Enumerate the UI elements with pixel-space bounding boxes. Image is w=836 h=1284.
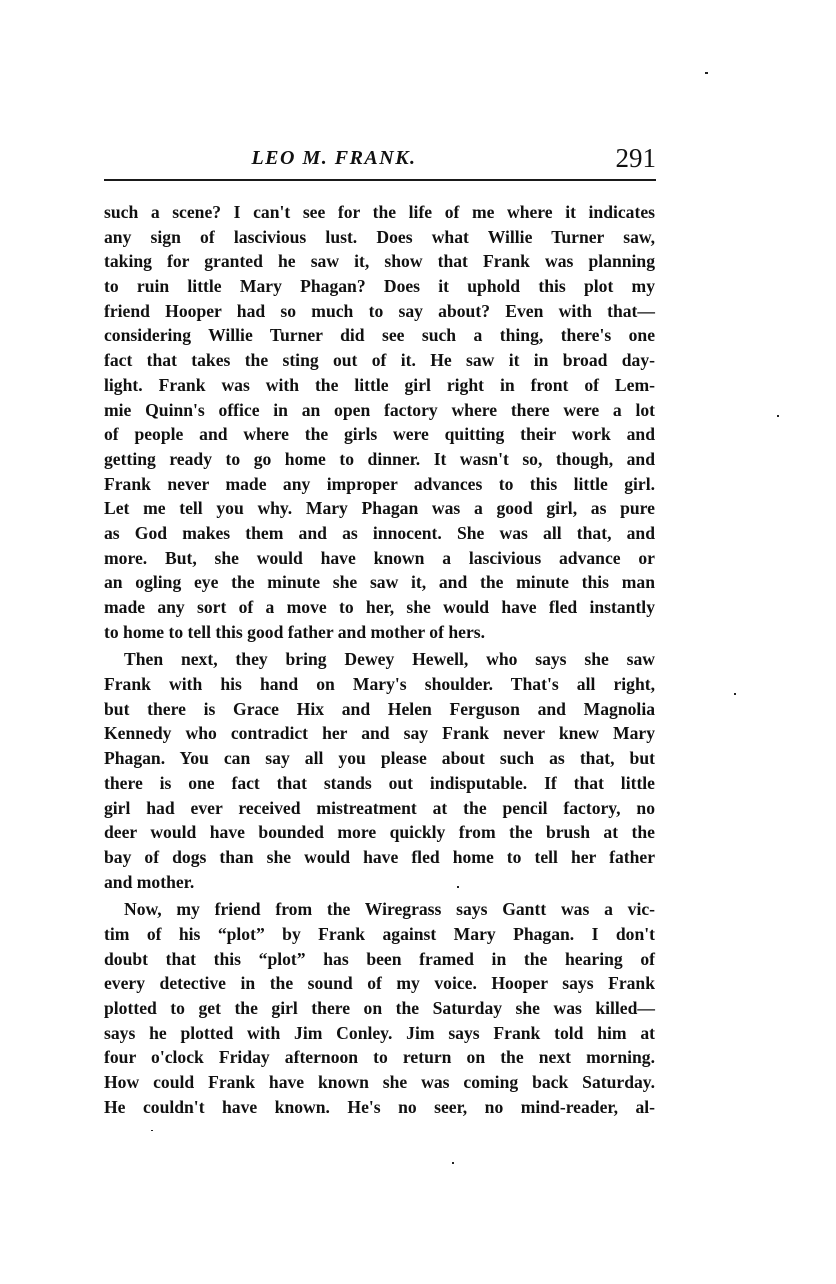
text-line: Then next, they bring Dewey Hewell, who … (104, 647, 655, 672)
text-line: to ruin little Mary Phagan? Does it upho… (104, 274, 655, 299)
text-line: bay of dogs than she would have fled hom… (104, 845, 655, 870)
text-line: He couldn't have known. He's no seer, no… (104, 1095, 655, 1120)
text-line: Now, my friend from the Wiregrass says G… (104, 897, 655, 922)
scan-speck (452, 1162, 454, 1164)
text-line: made any sort of a move to her, she woul… (104, 595, 655, 620)
text-line: mie Quinn's office in an open factory wh… (104, 398, 655, 423)
text-line: more. But, she would have known a lasciv… (104, 546, 655, 571)
text-line: Let me tell you why. Mary Phagan was a g… (104, 496, 655, 521)
page-number: 291 (616, 143, 657, 174)
text-line: How could Frank have known she was comin… (104, 1070, 655, 1095)
body-text: such a scene? I can't see for the life o… (104, 200, 655, 1119)
text-line: Frank never made any improper advances t… (104, 472, 655, 497)
text-line: deer would have bounded more quickly fro… (104, 820, 655, 845)
book-page: LEO M. FRANK. 291 such a scene? I can't … (0, 0, 836, 1284)
scan-speck (705, 72, 708, 74)
text-line: every detective in the sound of my voice… (104, 971, 655, 996)
text-line: girl had ever received mistreatment at t… (104, 796, 655, 821)
scan-speck (151, 1130, 153, 1131)
text-line: light. Frank was with the little girl ri… (104, 373, 655, 398)
text-line: doubt that this “plot” has been framed i… (104, 947, 655, 972)
paragraph: such a scene? I can't see for the life o… (104, 200, 655, 644)
text-line: says he plotted with Jim Conley. Jim say… (104, 1021, 655, 1046)
text-line: but there is Grace Hix and Helen Ferguso… (104, 697, 655, 722)
paragraph: Now, my friend from the Wiregrass says G… (104, 897, 655, 1119)
text-line: of people and where the girls were quitt… (104, 422, 655, 447)
text-line: an ogling eye the minute she saw it, and… (104, 570, 655, 595)
text-line: any sign of lascivious lust. Does what W… (104, 225, 655, 250)
text-line: and mother. (104, 870, 655, 895)
text-line: getting ready to go home to dinner. It w… (104, 447, 655, 472)
text-line: fact that takes the sting out of it. He … (104, 348, 655, 373)
text-line: Frank with his hand on Mary's shoulder. … (104, 672, 655, 697)
text-line: to home to tell this good father and mot… (104, 620, 655, 645)
scan-speck (734, 693, 736, 695)
text-line: taking for granted he saw it, show that … (104, 249, 655, 274)
text-line: as God makes them and as innocent. She w… (104, 521, 655, 546)
text-line: plotted to get the girl there on the Sat… (104, 996, 655, 1021)
header-rule (104, 179, 656, 181)
text-line: Phagan. You can say all you please about… (104, 746, 655, 771)
text-line: tim of his “plot” by Frank against Mary … (104, 922, 655, 947)
text-line: there is one fact that stands out indisp… (104, 771, 655, 796)
running-head: LEO M. FRANK. 291 (104, 143, 656, 177)
scan-speck (457, 886, 459, 888)
text-line: considering Willie Turner did see such a… (104, 323, 655, 348)
text-line: such a scene? I can't see for the life o… (104, 200, 655, 225)
text-line: Kennedy who contradict her and say Frank… (104, 721, 655, 746)
scan-speck (777, 415, 779, 417)
running-title: LEO M. FRANK. (104, 147, 564, 170)
text-line: four o'clock Friday afternoon to return … (104, 1045, 655, 1070)
paragraph: Then next, they bring Dewey Hewell, who … (104, 647, 655, 894)
text-line: friend Hooper had so much to say about? … (104, 299, 655, 324)
